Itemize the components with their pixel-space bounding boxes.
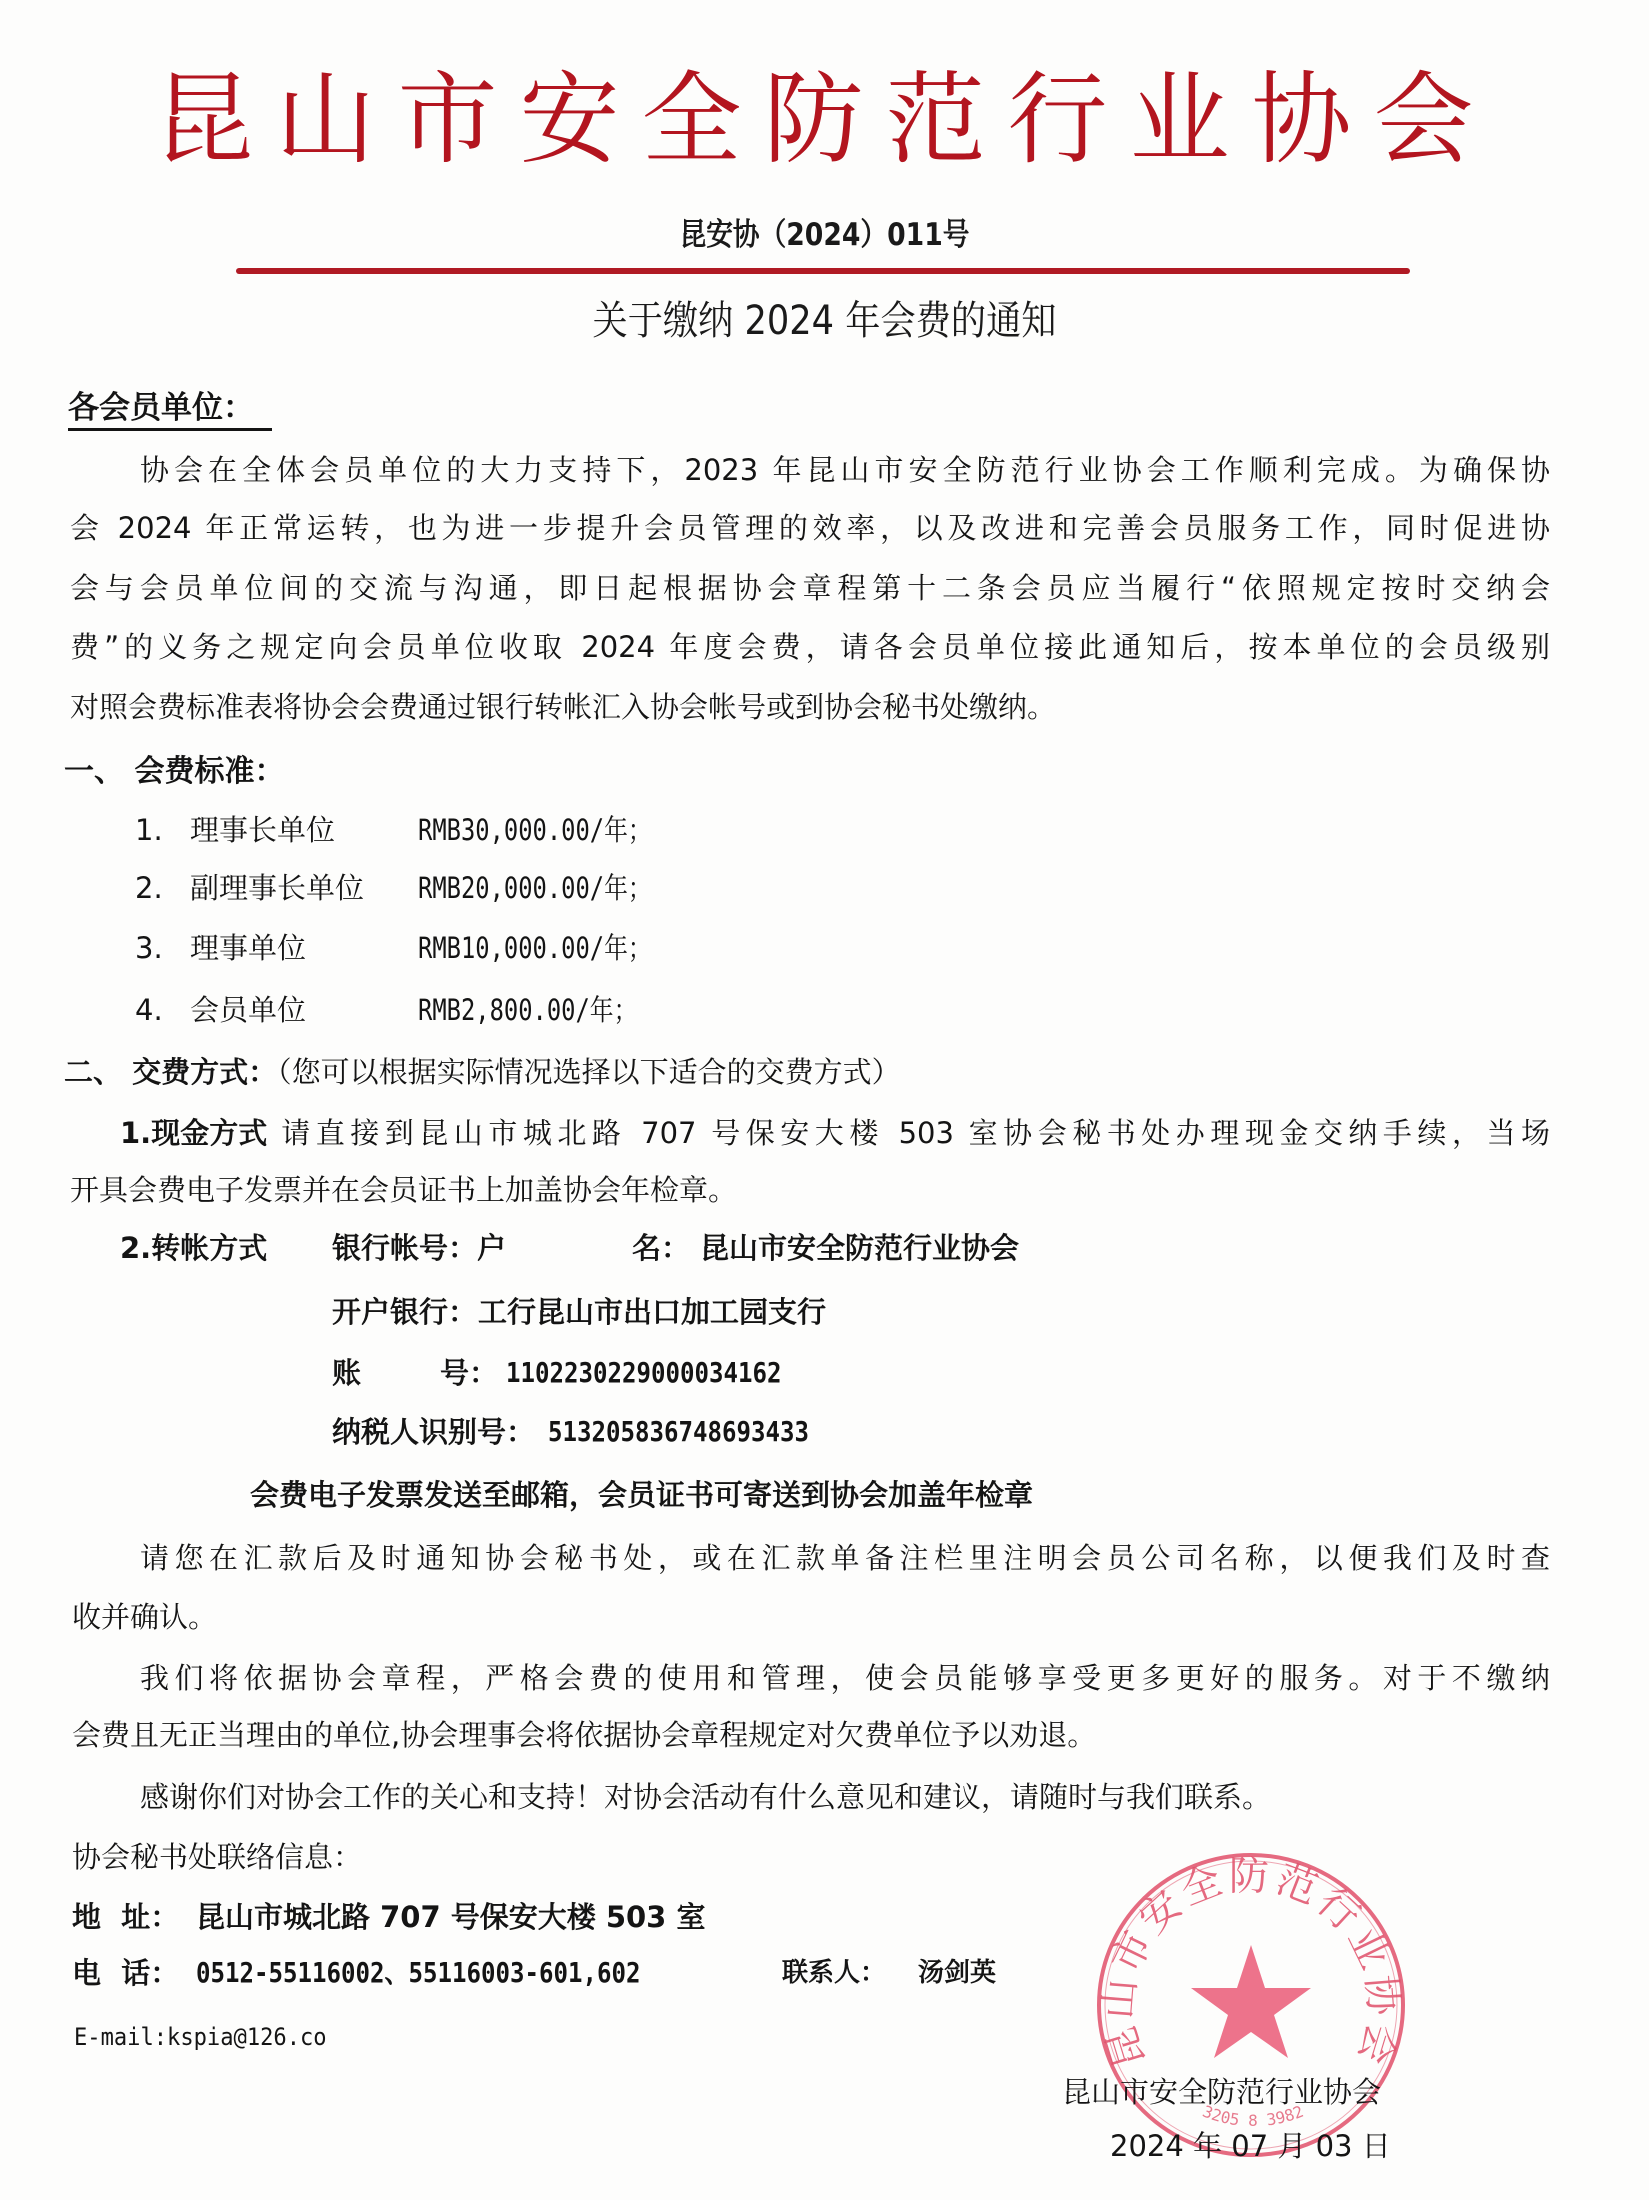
signature-organization: 昆山市安全防范行业协会 — [1062, 2072, 1381, 2112]
phone-value: 0512-55116002、55116003-601,602 — [196, 1953, 641, 1993]
fee-item-number: 3. — [135, 928, 163, 968]
fee-item-number: 4. — [135, 990, 163, 1030]
thanks-line: 感谢你们对协会工作的关心和支持！对协会活动有什么意见和建议，请随时与我们联系。 — [140, 1777, 1271, 1817]
account-number-value: 1102230229000034162 — [506, 1353, 781, 1393]
payment-heading: 二、 交费方式： — [64, 1055, 277, 1089]
cash-method-label: 1.现金方式 — [120, 1113, 267, 1153]
invoice-note: 会费电子发票发送至邮箱，会员证书可寄送到协会加盖年检章 — [250, 1475, 1033, 1515]
account-name-value: 昆山市安全防范行业协会 — [700, 1228, 1019, 1268]
seal-star-icon: 昆山市安全防范行业协会 3205 8 3982 — [1093, 1850, 1409, 2160]
phone-label: 电 话： — [72, 1953, 179, 1993]
account-name-label: 名： — [632, 1228, 690, 1268]
transfer-method-label: 2.转帐方式 — [120, 1228, 267, 1268]
tax-id-value: 513205836748693433 — [548, 1412, 809, 1452]
intro-line-5: 对照会费标准表将协会会费通过银行转帐汇入协会帐号或到协会秘书处缴纳。 — [70, 687, 1550, 727]
fee-item-amount: RMB2,800.00/年； — [418, 990, 637, 1030]
address-label: 地 址： — [72, 1897, 179, 1937]
fee-item-number: 1. — [135, 810, 163, 850]
management-line-2: 会费且无正当理由的单位,协会理事会将依据协会章程规定对欠费单位予以劝退。 — [72, 1715, 1096, 1755]
cash-method-text: 请直接到昆山市城北路 707 号保安大楼 503 室协会秘书处办理现金交纳手续，… — [281, 1113, 1550, 1153]
payment-heading-note: （您可以根据实际情况选择以下适合的交费方式） — [277, 1055, 901, 1089]
fee-item-amount: RMB30,000.00/年； — [418, 810, 652, 850]
fee-standard-heading: 一、 会费标准： — [64, 752, 284, 792]
intro-line-4: 费”的义务之规定向会员单位收取 2024 年度会费，请各会员单位接此通知后，按本… — [70, 627, 1550, 667]
contact-heading: 协会秘书处联络信息： — [72, 1837, 362, 1877]
bank-value: 工行昆山市出口加工园支行 — [478, 1292, 826, 1332]
red-divider-rule — [236, 268, 1410, 274]
email-link[interactable]: E-mail:kspia@126.co — [74, 2017, 327, 2057]
bank-account-label: 银行帐号：户 — [332, 1228, 506, 1268]
fee-item-label: 副理事长单位 — [190, 868, 364, 908]
document-number: 昆安协（2024）011号 — [115, 213, 1533, 257]
management-line-1: 我们将依据协会章程，严格会费的使用和管理，使会员能够享受更多更好的服务。对于不缴… — [140, 1658, 1550, 1698]
account-number-label-a: 账 — [332, 1353, 361, 1393]
organization-letterhead-title: 昆山市安全防范行业协会 — [0, 58, 1649, 182]
contact-person-value: 汤剑英 — [918, 1953, 996, 1993]
salutation: 各会员单位： — [68, 388, 272, 431]
fee-item-label: 理事单位 — [190, 928, 306, 968]
fee-item-amount: RMB20,000.00/年； — [418, 868, 652, 908]
fee-item-label: 理事长单位 — [190, 810, 335, 850]
intro-line-2: 会 2024 年正常运转，也为进一步提升会员管理的效率，以及改进和完善会员服务工… — [70, 508, 1550, 548]
fee-item-label: 会员单位 — [190, 990, 306, 1030]
fee-item-amount: RMB10,000.00/年； — [418, 928, 652, 968]
address-value: 昆山市城北路 707 号保安大楼 503 室 — [196, 1897, 705, 1937]
fee-item-number: 2. — [135, 868, 163, 908]
cash-method-text-cont: 开具会费电子发票并在会员证书上加盖协会年检章。 — [70, 1170, 737, 1210]
intro-line-3: 会与会员单位间的交流与沟通，即日起根据协会章程第十二条会员应当履行“依照规定按时… — [70, 568, 1550, 608]
bank-label: 开户银行： — [332, 1292, 477, 1332]
remit-line-2: 收并确认。 — [72, 1597, 217, 1637]
payment-heading-row: 二、 交费方式：（您可以根据实际情况选择以下适合的交费方式） — [64, 1052, 901, 1092]
signature-date: 2024 年 07 月 03 日 — [1110, 2126, 1391, 2166]
tax-id-label: 纳税人识别号： — [332, 1412, 535, 1452]
notice-title: 关于缴纳 2024 年会费的通知 — [99, 296, 1550, 346]
official-seal-stamp: 昆山市安全防范行业协会 3205 8 3982 — [1093, 1850, 1409, 2160]
intro-line-1: 协会在全体会员单位的大力支持下，2023 年昆山市安全防范行业协会工作顺利完成。… — [140, 450, 1550, 490]
account-number-label-b: 号： — [440, 1353, 498, 1393]
contact-person-label: 联系人： — [782, 1953, 886, 1993]
cash-method-row: 1.现金方式 请直接到昆山市城北路 707 号保安大楼 503 室协会秘书处办理… — [120, 1113, 1550, 1153]
remit-line-1: 请您在汇款后及时通知协会秘书处，或在汇款单备注栏里注明会员公司名称，以便我们及时… — [140, 1538, 1550, 1578]
